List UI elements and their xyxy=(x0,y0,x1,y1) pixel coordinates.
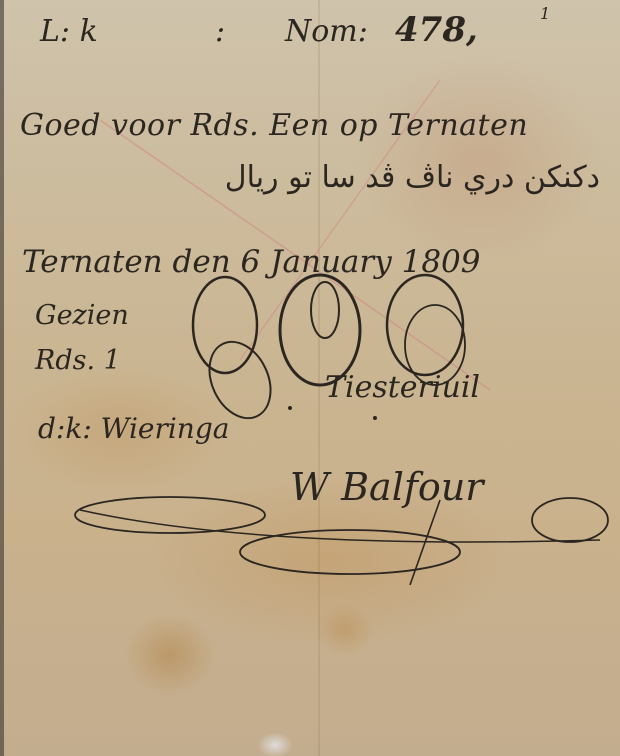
scan-edge xyxy=(0,0,4,756)
signature-flourish xyxy=(60,480,620,590)
series-label: L: k xyxy=(40,14,98,49)
corner-mark: 1 xyxy=(540,4,550,23)
note-number: 478, xyxy=(395,10,478,50)
registrar-line: d:k: Wieringa xyxy=(38,412,229,445)
gezien-label: Gezien xyxy=(35,300,129,331)
amount-label: Rds. 1 xyxy=(35,345,121,376)
signature-first: Tiesteriuil xyxy=(325,370,480,405)
value-statement-dutch: Goed voor Rds. Een op Ternaten xyxy=(20,108,528,143)
monogram-flourish xyxy=(170,270,510,430)
header-separator: : xyxy=(215,14,225,49)
number-label: Nom: xyxy=(285,14,368,49)
value-statement-jawi: دكنکن دري ناڤ ڤد سا تو ريال xyxy=(20,160,600,195)
